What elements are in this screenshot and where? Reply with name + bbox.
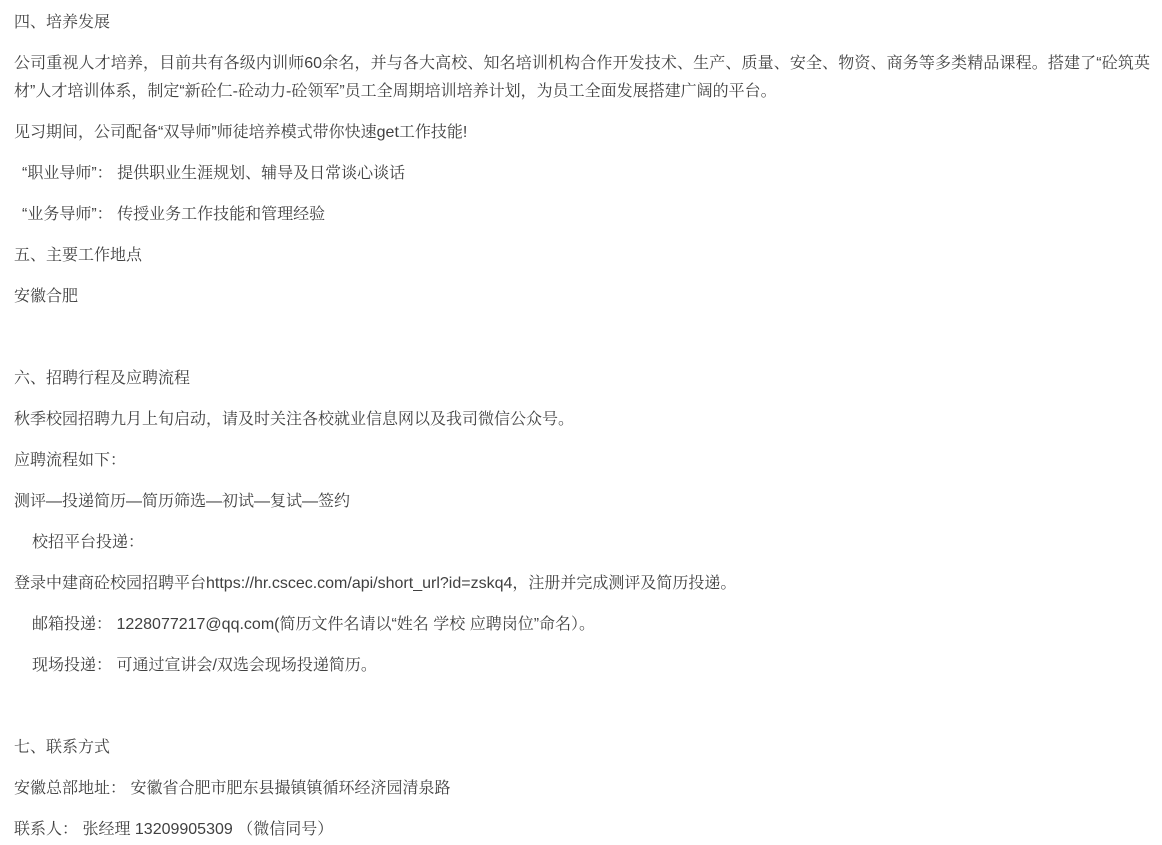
spacer-line-2	[14, 693, 1150, 721]
para-email-apply: 邮箱投递： 1228077217@qq.com(简历文件名请以“姓名 学校 应聘…	[14, 611, 1150, 639]
para-contact-person: 联系人： 张经理 13209905309 （微信同号）	[14, 816, 1150, 844]
heading-recruitment-process: 六、招聘行程及应聘流程	[14, 365, 1150, 393]
para-process-intro: 应聘流程如下：	[14, 447, 1150, 475]
para-business-mentor: “业务导师”： 传授业务工作技能和管理经验	[14, 201, 1150, 229]
heading-contact-info: 七、联系方式	[14, 734, 1150, 762]
document-body: 四、培养发展 公司重视人才培养，目前共有各级内训师60余名，并与各大高校、知名培…	[0, 0, 1162, 844]
para-process-steps: 测评—投递简历—简历筛选—初试—复试—签约	[14, 488, 1150, 516]
para-internship-dual-mentor: 见习期间，公司配备“双导师”师徒培养模式带你快速get工作技能!	[14, 119, 1150, 147]
spacer-line-1	[14, 324, 1150, 352]
para-platform-apply-url: 登录中建商砼校园招聘平台https://hr.cscec.com/api/sho…	[14, 570, 1150, 598]
para-career-mentor: “职业导师”： 提供职业生涯规划、辅导及日常谈心谈话	[14, 160, 1150, 188]
para-training-overview: 公司重视人才培养，目前共有各级内训师60余名，并与各大高校、知名培训机构合作开发…	[14, 50, 1150, 106]
para-platform-apply-label: 校招平台投递：	[14, 529, 1150, 557]
para-work-location: 安徽合肥	[14, 283, 1150, 311]
para-hq-address: 安徽总部地址： 安徽省合肥市肥东县撮镇镇循环经济园清泉路	[14, 775, 1150, 803]
para-autumn-recruitment-notice: 秋季校园招聘九月上旬启动，请及时关注各校就业信息网以及我司微信公众号。	[14, 406, 1150, 434]
heading-work-location: 五、主要工作地点	[14, 242, 1150, 270]
para-onsite-apply: 现场投递： 可通过宣讲会/双选会现场投递简历。	[14, 652, 1150, 680]
heading-training-development: 四、培养发展	[14, 9, 1150, 37]
